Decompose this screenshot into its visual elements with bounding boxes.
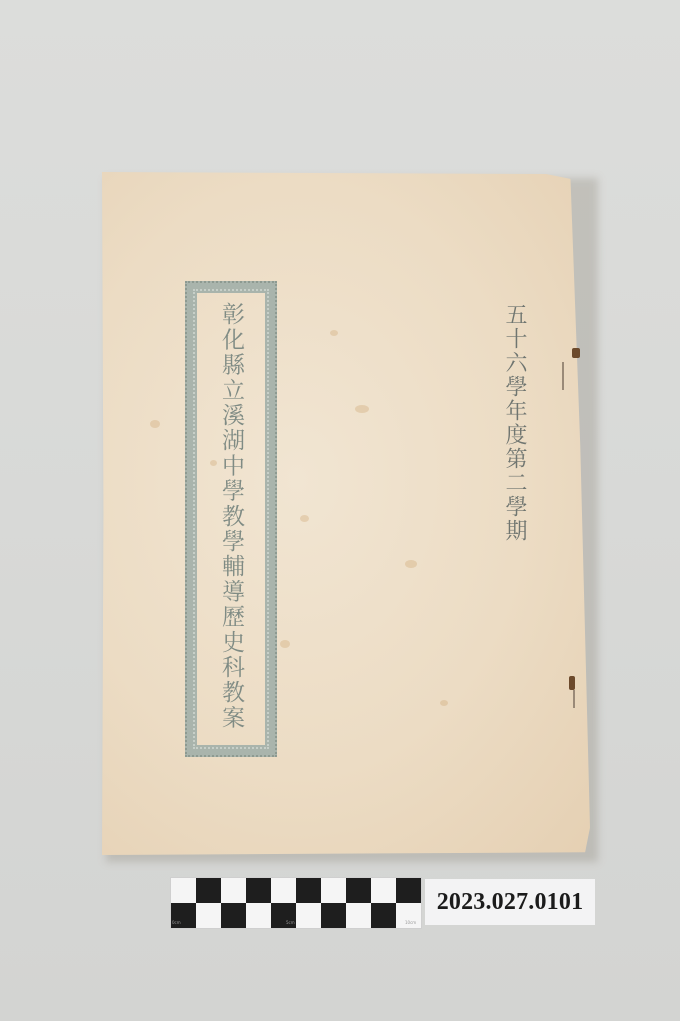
document-term: 五十六學年度第二學期	[501, 303, 527, 543]
document-title: 彰化縣立溪湖中學教學輔導歷史科教案	[216, 302, 246, 730]
stain	[150, 420, 160, 428]
stain	[330, 330, 338, 336]
staple-bottom	[569, 676, 575, 690]
scale-label-10: 10cm	[405, 920, 416, 925]
staple-mark-top	[562, 362, 564, 390]
stain	[355, 405, 369, 413]
staple-mark-bottom	[573, 690, 575, 708]
stain	[405, 560, 417, 568]
scale-bar	[170, 877, 422, 929]
scale-label-5: 5cm	[286, 920, 295, 925]
stain	[300, 515, 309, 522]
scale-label-0: 0cm	[172, 920, 181, 925]
staple-top	[572, 348, 580, 358]
accession-number-label: 2023.027.0101	[425, 879, 595, 925]
stain	[280, 640, 290, 648]
stain	[440, 700, 448, 706]
